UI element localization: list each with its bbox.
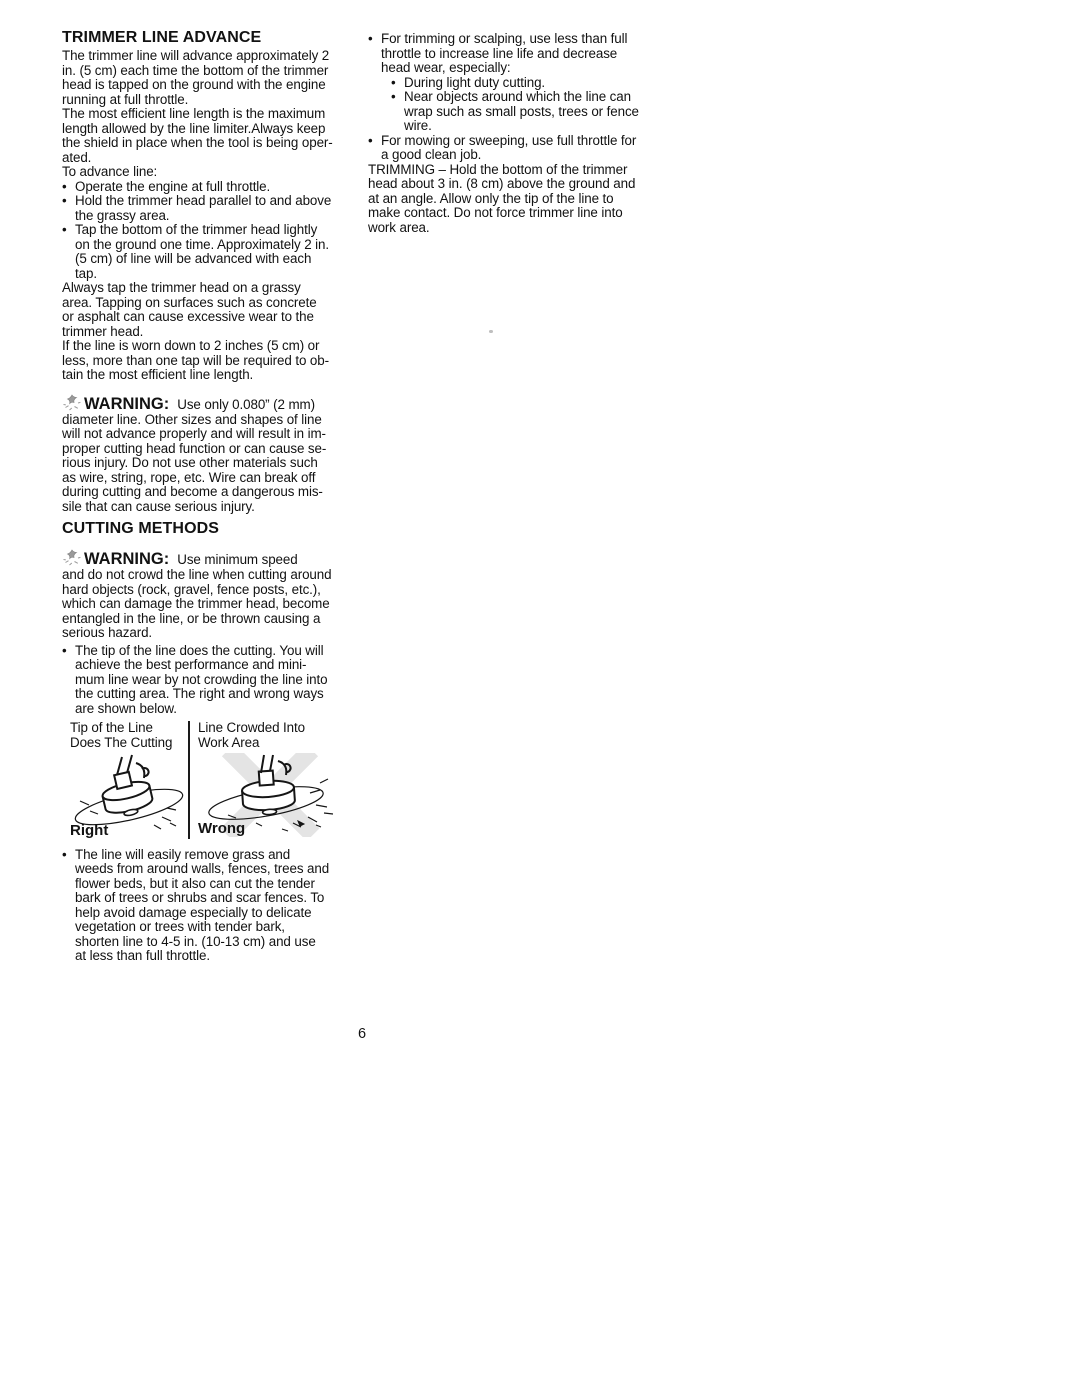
bullet-glyph: • xyxy=(391,76,404,91)
bullet-item-tap-bottom: •Tap the bottom of the trimmer head ligh… xyxy=(62,223,362,281)
cutting-methods-figure: Tip of the Line Does The Cutting xyxy=(62,721,362,839)
bullet-glyph: • xyxy=(62,848,75,964)
sub-bullet-near-objects: •Near objects around which the line can … xyxy=(391,90,668,134)
bullet-text: Hold the trimmer head parallel to and ab… xyxy=(75,194,362,223)
figure-label-line-crowded: Line Crowded Into Work Area xyxy=(198,721,362,751)
figure-label-tip-of-line: Tip of the Line Does The Cutting xyxy=(70,721,188,751)
bullet-text: Near objects around which the line can w… xyxy=(404,90,668,134)
bullet-glyph: • xyxy=(391,90,404,134)
bullet-item-hold-head-parallel: •Hold the trimmer head parallel to and a… xyxy=(62,194,362,223)
safety-alert-icon xyxy=(62,549,82,568)
bullet-glyph: • xyxy=(62,180,75,195)
bullet-text: For trimming or scalping, use less than … xyxy=(381,32,668,76)
bullet-glyph: • xyxy=(62,223,75,281)
section-heading-trimmer-line-advance: TRIMMER LINE ADVANCE xyxy=(62,29,362,47)
bullet-text: Operate the engine at full throttle. xyxy=(75,180,362,195)
safety-alert-icon xyxy=(62,394,82,413)
right-column: •For trimming or scalping, use less than… xyxy=(368,32,668,235)
bullet-glyph: • xyxy=(368,134,381,163)
warning-line-diameter: WARNING:Use only 0.080” (2 mm) diameter … xyxy=(62,394,362,515)
warning-minimum-speed: WARNING:Use minimum speed and do not cro… xyxy=(62,549,362,641)
figure-caption-right: Right xyxy=(70,823,188,839)
left-column: TRIMMER LINE ADVANCE The trimmer line wi… xyxy=(62,29,362,964)
bullet-text: For mowing or sweeping, use full throttl… xyxy=(381,134,668,163)
bullet-item-operate-throttle: •Operate the engine at full throttle. xyxy=(62,180,362,195)
bullet-item-mowing-sweeping: •For mowing or sweeping, use full thrott… xyxy=(368,134,668,163)
manual-page: TRIMMER LINE ADVANCE The trimmer line wi… xyxy=(0,0,1080,1397)
section-heading-cutting-methods: CUTTING METHODS xyxy=(62,520,362,538)
paragraph-line-advance-2: The most efficient line length is the ma… xyxy=(62,107,362,165)
sub-bullet-light-duty: •During light duty cutting. xyxy=(391,76,668,91)
figure-caption-wrong: Wrong xyxy=(198,821,362,837)
bullet-item-tip-does-cutting: •The tip of the line does the cutting. Y… xyxy=(62,644,362,717)
bullet-text: During light duty cutting. xyxy=(404,76,668,91)
bullet-glyph: • xyxy=(62,644,75,717)
warning-label: WARNING: xyxy=(84,395,177,413)
warning-label: WARNING: xyxy=(84,550,177,568)
bullet-glyph: • xyxy=(368,32,381,76)
page-number: 6 xyxy=(62,1026,662,1042)
scan-artifact-dot xyxy=(489,330,493,333)
paragraph-line-worn: If the line is worn down to 2 inches (5 … xyxy=(62,339,362,383)
paragraph-trimming: TRIMMING – Hold the bottom of the trimme… xyxy=(368,163,668,236)
bullet-text: The line will easily remove grass and we… xyxy=(75,848,362,964)
figure-cell-right-way: Tip of the Line Does The Cutting xyxy=(62,721,188,839)
bullet-text: The tip of the line does the cutting. Yo… xyxy=(75,644,362,717)
bullet-item-line-removes-grass: •The line will easily remove grass and w… xyxy=(62,848,362,964)
paragraph-to-advance-line: To advance line: xyxy=(62,165,362,180)
warning-text: Use only 0.080” (2 mm) diameter line. Ot… xyxy=(62,397,326,514)
bullet-item-trimming-scalping: •For trimming or scalping, use less than… xyxy=(368,32,668,76)
figure-cell-wrong-way: Line Crowded Into Work Area xyxy=(188,721,362,839)
bullet-text: Tap the bottom of the trimmer head light… xyxy=(75,223,362,281)
paragraph-line-advance-1: The trimmer line will advance approximat… xyxy=(62,49,362,107)
bullet-glyph: • xyxy=(62,194,75,223)
paragraph-tap-grassy-area: Always tap the trimmer head on a grassy … xyxy=(62,281,362,339)
